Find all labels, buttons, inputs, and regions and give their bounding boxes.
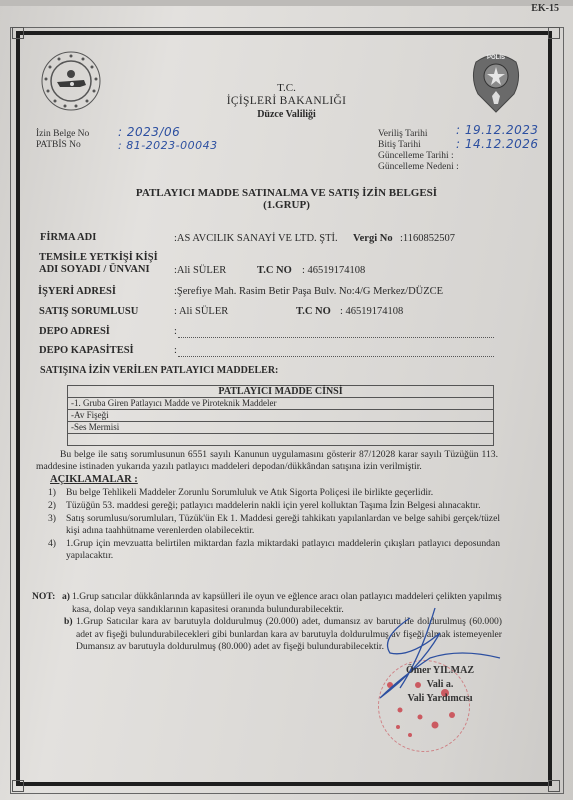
guncelleme-nedeni-label: Güncelleme Nedeni : [378, 162, 459, 173]
guncelleme-tarihi-label: Güncelleme Tarihi : [378, 151, 454, 162]
isyeri-label: İŞYERİ ADRESİ [38, 286, 116, 297]
tc-no-label-2: T.C NO [296, 306, 331, 317]
table-row [68, 434, 494, 446]
tc-no-value-1: : 46519174108 [302, 265, 365, 276]
list-item: 4) 1.Grup için mevzuatta belirtilen mikt… [48, 538, 500, 562]
depo-kapasitesi-dotted-line [178, 356, 494, 357]
izin-belge-value: : 2023/06 [118, 125, 180, 139]
list-item-text: Satış sorumlusu/sorumluları, Tüzük'ün Ek… [66, 513, 500, 537]
satis-sorumlusu-label: SATIŞ SORUMLUSU [39, 306, 138, 317]
list-item-text: 1.Grup için mevzuatta belirtilen miktard… [66, 538, 500, 562]
list-item-text: Tüzüğün 53. maddesi gereği; patlayıcı ma… [66, 500, 480, 512]
tc-no-label-1: T.C NO [257, 265, 292, 276]
table-row: -Av Fişeği [68, 410, 494, 422]
firma-label: FİRMA ADI [40, 232, 96, 243]
aciklamalar-list: 1) Bu belge Tehlikeli Maddeler Zorunlu S… [48, 487, 500, 562]
header-ministry: İÇİŞLERİ BAKANLIĞI [0, 95, 573, 108]
firma-value: :AS AVCILIK SANAYİ VE LTD. ŞTİ. [174, 233, 338, 244]
header-tc: T.C. [0, 82, 573, 95]
list-item-number: 1) [48, 487, 66, 499]
depo-adresi-dotted-line [178, 337, 494, 338]
depo-kapasitesi-value: : [174, 345, 177, 356]
border-corner-ornament [12, 780, 24, 792]
authorization-text: Bu belge ile satış sorumlusunun 6551 say… [36, 449, 498, 473]
note-b-label: b) [64, 616, 76, 654]
verilis-label: Veriliş Tarihi [378, 129, 428, 140]
title-line-2: (1.GRUP) [0, 199, 573, 211]
note-label: NOT: [32, 591, 62, 616]
materials-table-header: PATLAYICI MADDE CİNSİ [68, 386, 494, 398]
signatory-name: Ömer YILMAZ [380, 664, 500, 678]
note-a-label: a) [62, 591, 72, 616]
vergi-value: :1160852507 [400, 233, 455, 244]
temsil-label-1: TEMSİLE YETKİŞİ KİŞİ [39, 252, 158, 263]
signatory-title-1: Vali a. [380, 678, 500, 692]
list-item-text: Bu belge Tehlikeli Maddeler Zorunlu Soru… [66, 487, 433, 499]
verilis-value: : 19.12.2023 [456, 123, 539, 137]
depo-adresi-value: : [174, 326, 177, 337]
list-item: 1) Bu belge Tehlikeli Maddeler Zorunlu S… [48, 487, 500, 499]
patbis-value: : 81-2023-00043 [118, 139, 218, 152]
header-governorship: Düzce Valiliği [0, 108, 573, 121]
list-item-number: 4) [48, 538, 66, 562]
list-item-number: 2) [48, 500, 66, 512]
bitis-value: : 14.12.2026 [456, 137, 539, 151]
paper-edge-strip [0, 0, 573, 6]
title-line-1: PATLAYICI MADDE SATINALMA VE SATIŞ İZİN … [0, 187, 573, 199]
materials-table: PATLAYICI MADDE CİNSİ -1. Gruba Giren Pa… [67, 385, 494, 446]
signatory-title-2: Vali Yardımcısı [380, 692, 500, 706]
svg-text:POLİS: POLİS [487, 54, 505, 61]
list-item: 3) Satış sorumlusu/sorumluları, Tüzük'ün… [48, 513, 500, 537]
temsil-label-2: ADI SOYADI / ÜNVANI [39, 264, 150, 275]
border-corner-ornament [548, 27, 560, 39]
patbis-label: PATBİS No [36, 140, 81, 151]
document-title: PATLAYICI MADDE SATINALMA VE SATIŞ İZİN … [0, 187, 573, 211]
izin-belge-label: İzin Belge No [36, 129, 89, 140]
table-row: -1. Gruba Giren Patlayıcı Madde ve Pirot… [68, 398, 494, 410]
tc-no-value-2: : 46519174108 [340, 306, 403, 317]
issuer-header: T.C. İÇİŞLERİ BAKANLIĞI Düzce Valiliği [0, 82, 573, 121]
table-row: -Ses Mermisi [68, 422, 494, 434]
depo-adresi-label: DEPO ADRESİ [39, 326, 110, 337]
vergi-label: Vergi No [353, 233, 393, 244]
satis-sorumlusu-value: : Ali SÜLER [174, 306, 228, 317]
temsil-value: :Ali SÜLER [174, 265, 226, 276]
bitis-label: Bitiş Tarihi [378, 140, 421, 151]
isyeri-value: :Şerefiye Mah. Rasim Betir Paşa Bulv. No… [174, 286, 443, 297]
border-corner-ornament [548, 780, 560, 792]
depo-kapasitesi-label: DEPO KAPASİTESİ [39, 345, 134, 356]
list-item: 2) Tüzüğün 53. maddesi gereği; patlayıcı… [48, 500, 500, 512]
document-code: EK-15 [531, 3, 559, 14]
border-corner-ornament [12, 27, 24, 39]
aciklamalar-heading: AÇIKLAMALAR : [50, 474, 138, 485]
list-item-number: 3) [48, 513, 66, 537]
materials-heading: SATIŞINA İZİN VERİLEN PATLAYICI MADDELER… [40, 365, 278, 376]
